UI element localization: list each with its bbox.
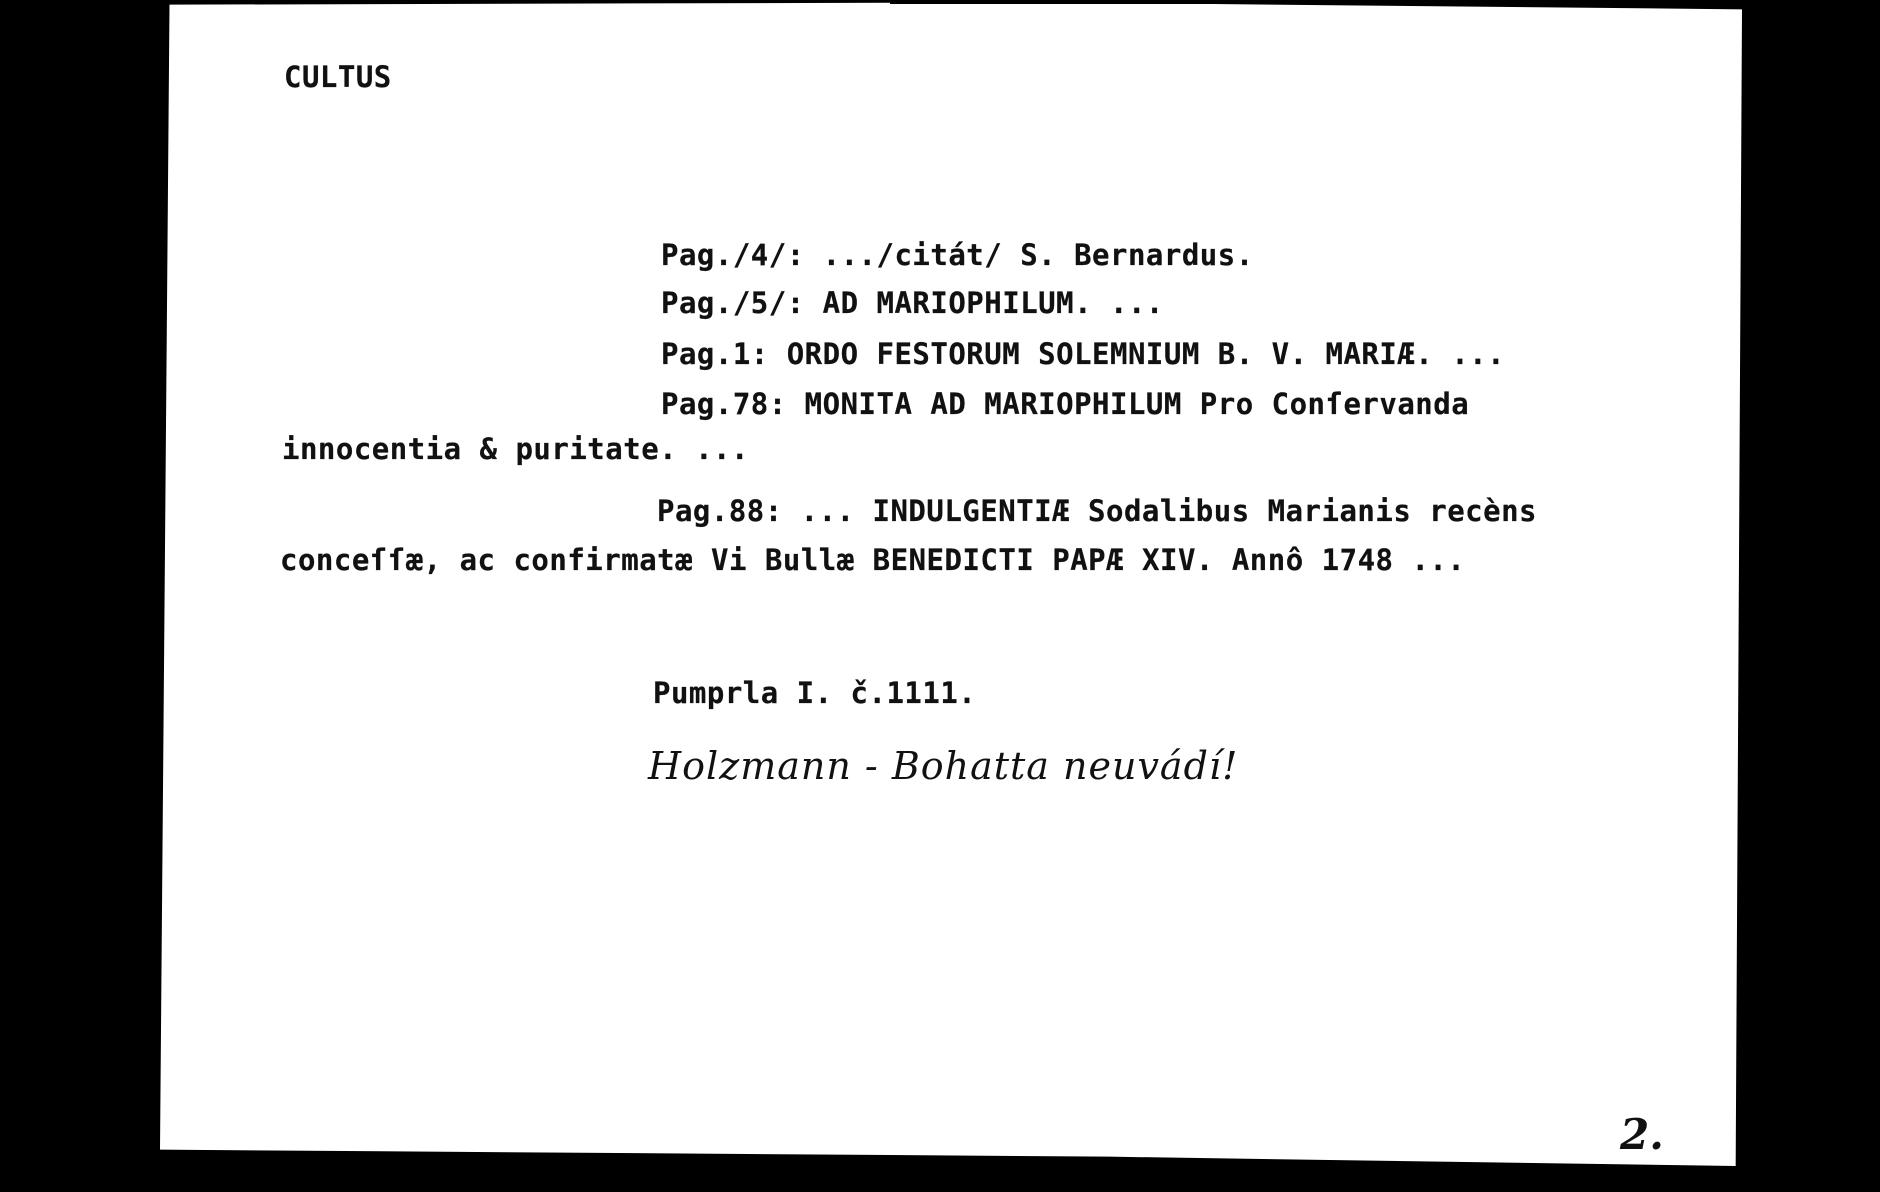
card-heading: CULTUS (284, 60, 392, 94)
handwritten-note: Holzmann - Bohatta neuvádí! (648, 744, 1238, 788)
entry-continuation-line: innocentia & puritate. ... (282, 432, 749, 466)
entry-line: Pag./5/: AD MARIOPHILUM. ... (661, 286, 1164, 320)
entry-line: Pag.88: ... INDULGENTIÆ Sodalibus Marian… (657, 494, 1537, 528)
scanned-catalog-card-view: CULTUS Pag./4/: .../citát/ S. Bernardus.… (0, 0, 1880, 1192)
scan-border (890, 0, 1740, 4)
catalog-card (160, 0, 1742, 1166)
entry-line: Pag./4/: .../citát/ S. Bernardus. (661, 238, 1254, 272)
bibliographic-reference: Pumprla I. č.1111. (653, 676, 976, 710)
page-number: 2. (1620, 1110, 1664, 1159)
entry-line: Pag.1: ORDO FESTORUM SOLEMNIUM B. V. MAR… (661, 337, 1505, 371)
entry-line: Pag.78: MONITA AD MARIOPHILUM Pro Conſer… (661, 387, 1469, 421)
entry-continuation-line: conceſſæ, ac confirmatæ Vi Bullæ BENEDIC… (280, 543, 1465, 577)
